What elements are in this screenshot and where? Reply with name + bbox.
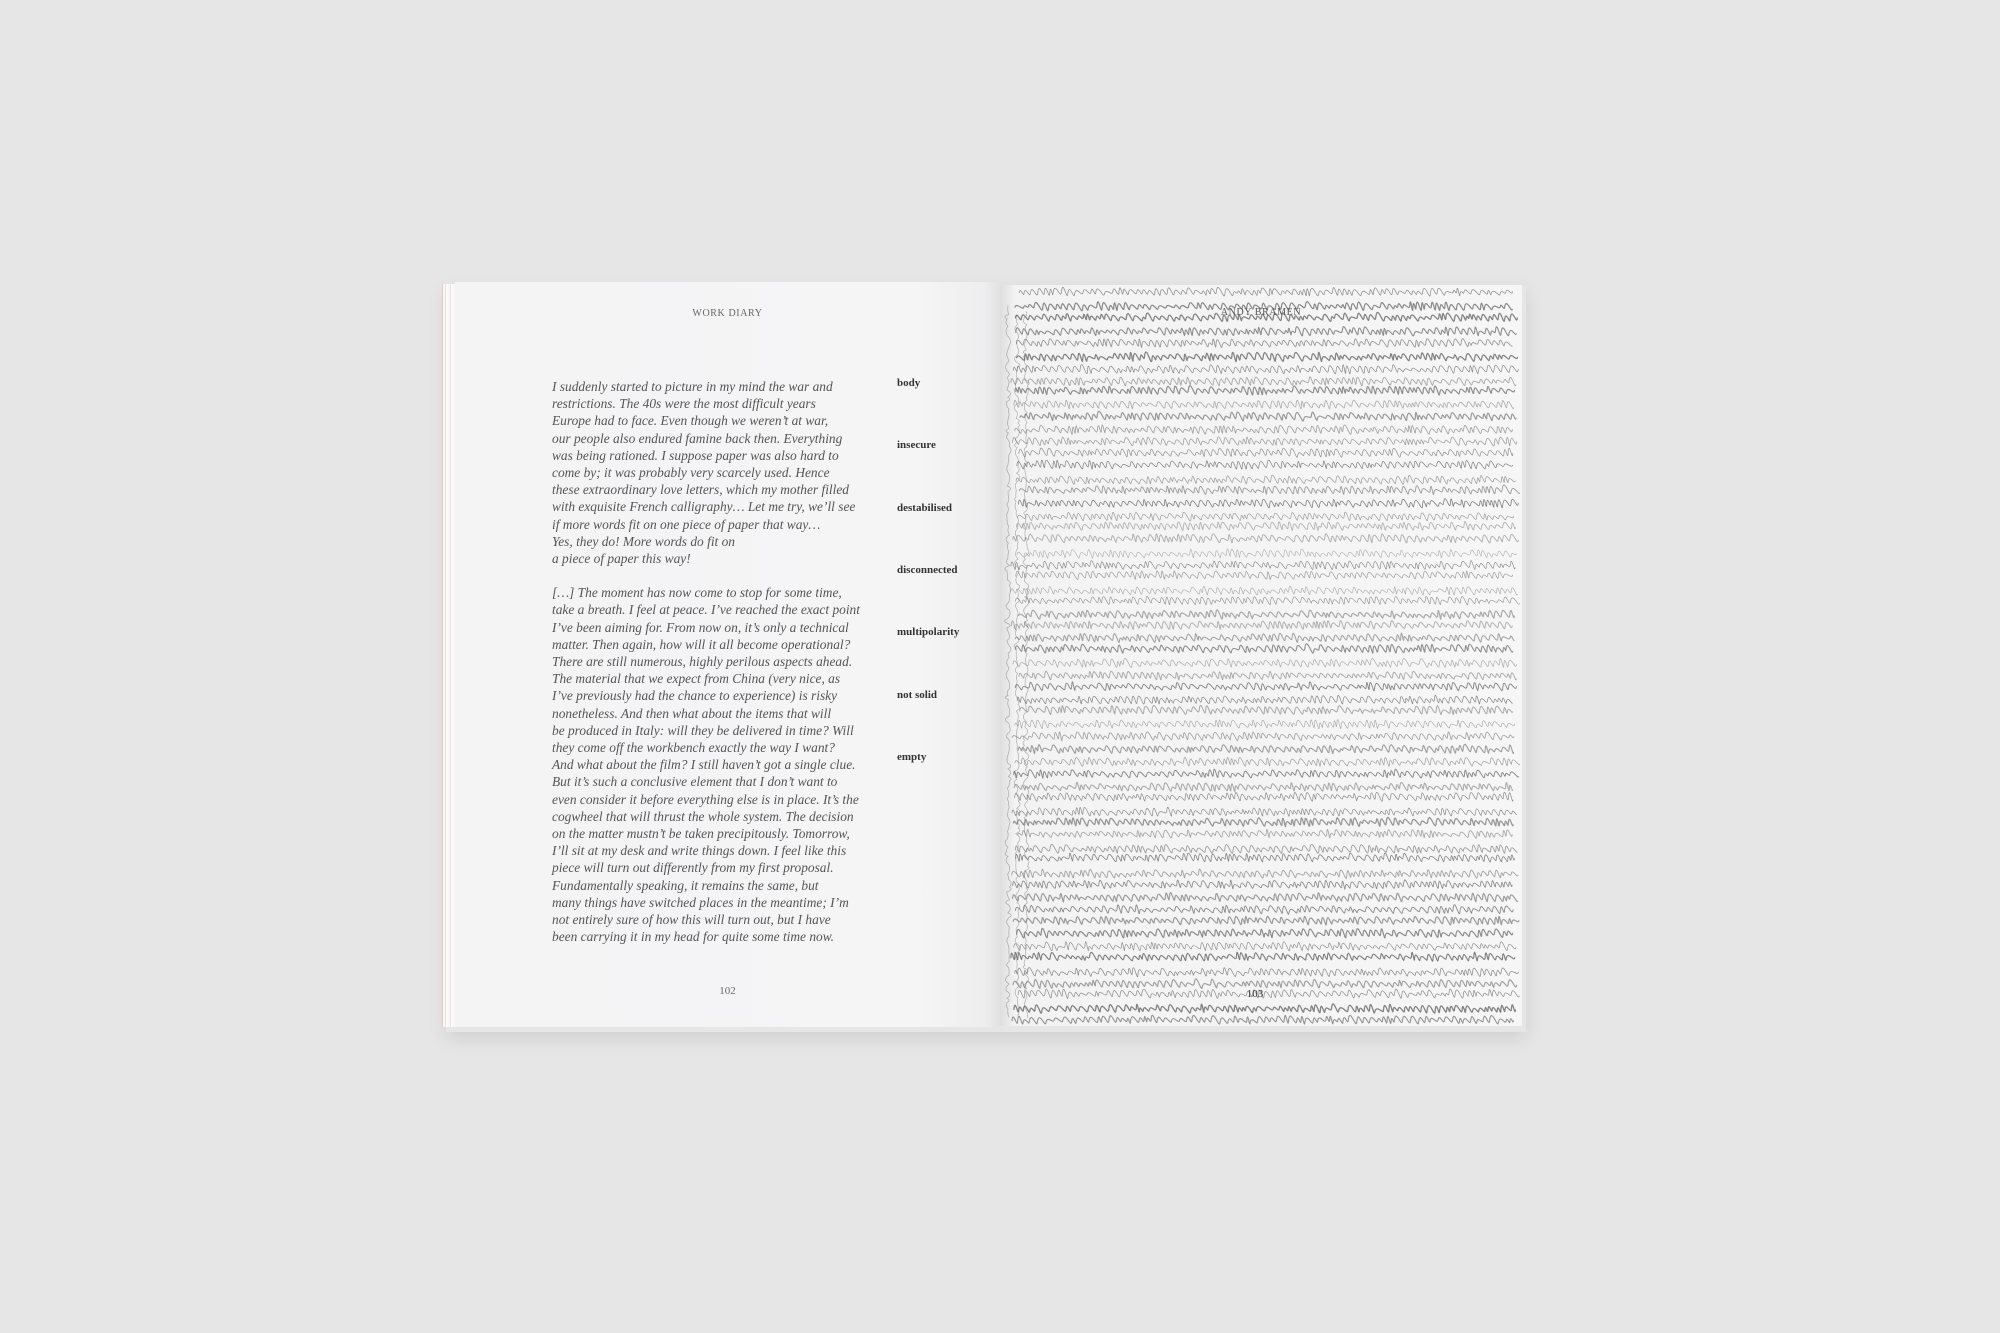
keyword-empty: empty	[897, 751, 926, 763]
keyword-disconnected: disconnected	[897, 564, 958, 576]
page-number-left: 102	[455, 985, 1000, 997]
page-number-right: 103	[1000, 988, 1510, 1000]
running-head-right: ANDY BRAMEN	[1000, 307, 1522, 318]
paragraph-1: I suddenly started to picture in my mind…	[552, 378, 882, 567]
keyword-not-solid: not solid	[897, 689, 937, 701]
diary-body-text: I suddenly started to picture in my mind…	[552, 378, 882, 963]
left-page: WORK DIARY I suddenly started to picture…	[455, 282, 1000, 1027]
keyword-body: body	[897, 377, 920, 389]
keyword-multipolarity: multipolarity	[897, 626, 959, 638]
right-page: ANDY BRAMEN 103	[1000, 285, 1522, 1026]
running-head-left: WORK DIARY	[455, 308, 1000, 319]
handwritten-scribble-artwork	[1000, 285, 1522, 1026]
keyword-insecure: insecure	[897, 439, 936, 451]
paragraph-2: […] The moment has now come to stop for …	[552, 584, 882, 945]
keyword-destabilised: destabilised	[897, 502, 952, 514]
